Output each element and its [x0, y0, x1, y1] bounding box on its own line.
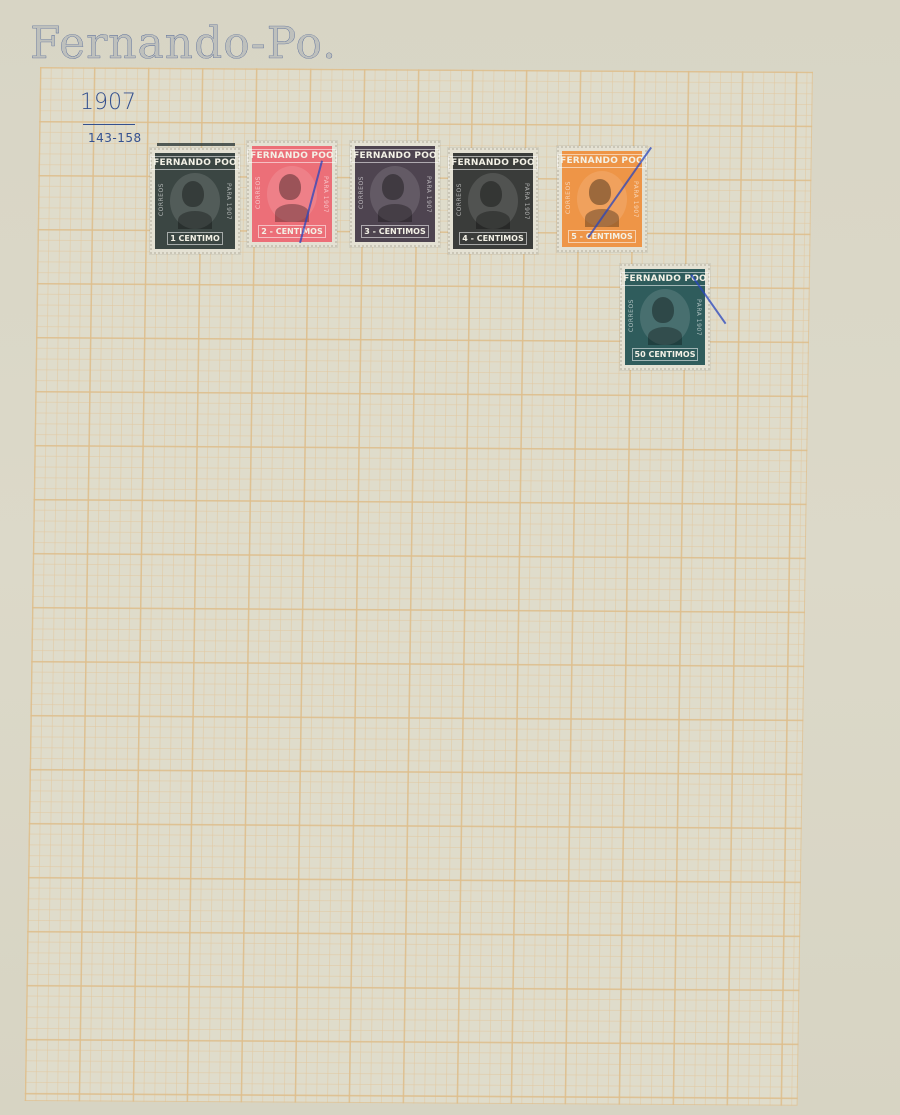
stamp-5-centimos[interactable]: FERNANDO POO CORREOS PARA 1907 5 - CENTI…: [557, 146, 647, 252]
stamp-1-centimo[interactable]: FERNANDO POO CORREOS PARA 1907 1 CENTIMO: [150, 148, 240, 254]
stamp-country: FERNANDO POO: [247, 149, 337, 163]
catalogue-numbers: 143-158: [88, 131, 142, 145]
stamp-face: FERNANDO POO CORREOS PARA 1907 4 - CENTI…: [453, 153, 533, 249]
portrait-icon: [370, 166, 420, 222]
stamp-value: 1 CENTIMO: [167, 232, 223, 245]
portrait-icon: [640, 289, 690, 345]
album-page: Fernando-Po. Fernando-Po. 1907 143-158 F…: [0, 0, 900, 1115]
stamp-side-right: PARA 1907: [695, 299, 702, 336]
stamp-value: 3 - CENTIMOS: [361, 225, 428, 238]
stamp-value: 5 - CENTIMOS: [568, 230, 635, 243]
issue-year: 1907: [80, 90, 136, 115]
stamp-face: FERNANDO POO CORREOS PARA 1907 3 - CENTI…: [355, 146, 435, 242]
stamp-4-centimos[interactable]: FERNANDO POO CORREOS PARA 1907 4 - CENTI…: [448, 148, 538, 254]
stamp-country: FERNANDO POO: [557, 154, 647, 168]
stamp-side-right: PARA 1907: [523, 183, 530, 220]
stamp-side-left: CORREOS: [158, 183, 165, 216]
stamp-face: FERNANDO POO CORREOS PARA 1907 1 CENTIMO: [155, 153, 235, 249]
stamp-value: 4 - CENTIMOS: [459, 232, 526, 245]
hinge-mark: [157, 143, 235, 146]
stamp-value: 50 CENTIMOS: [632, 348, 699, 361]
stamp-face: FERNANDO POO CORREOS PARA 1907 50 CENTIM…: [625, 269, 705, 365]
stamp-country: FERNANDO POO: [350, 149, 440, 163]
stamp-country: FERNANDO POO: [150, 156, 240, 170]
stamp-face: FERNANDO POO CORREOS PARA 1907 5 - CENTI…: [562, 151, 642, 247]
stamp-side-left: CORREOS: [358, 176, 365, 209]
page-title: Fernando-Po.: [30, 18, 337, 69]
stamp-side-left: CORREOS: [628, 299, 635, 332]
stamp-country: FERNANDO POO: [448, 156, 538, 170]
portrait-icon: [267, 166, 317, 222]
portrait-icon: [468, 173, 518, 229]
stamp-side-left: CORREOS: [565, 181, 572, 214]
stamp-side-right: PARA 1907: [322, 176, 329, 213]
stamp-50-centimos[interactable]: FERNANDO POO CORREOS PARA 1907 50 CENTIM…: [620, 264, 710, 370]
portrait-icon: [170, 173, 220, 229]
stamp-side-right: PARA 1907: [225, 183, 232, 220]
stamp-3-centimos[interactable]: FERNANDO POO CORREOS PARA 1907 3 - CENTI…: [350, 141, 440, 247]
stamp-value: 2 - CENTIMOS: [258, 225, 325, 238]
stamp-2-centimos[interactable]: FERNANDO POO CORREOS PARA 1907 2 - CENTI…: [247, 141, 337, 247]
stamp-side-right: PARA 1907: [632, 181, 639, 218]
stamp-side-left: CORREOS: [456, 183, 463, 216]
year-underline: [83, 124, 135, 125]
stamp-side-right: PARA 1907: [425, 176, 432, 213]
stamp-side-left: CORREOS: [255, 176, 262, 209]
